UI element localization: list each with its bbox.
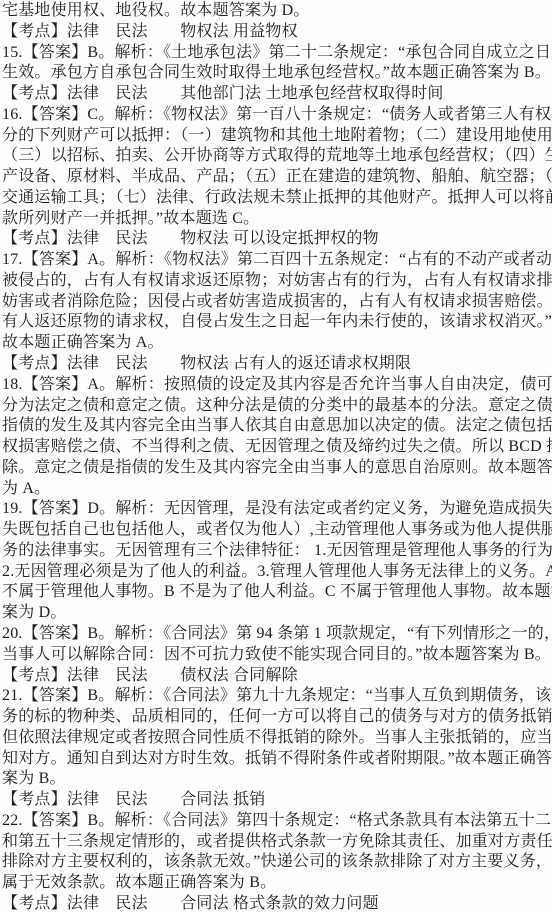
text-line: 22.【答案】B。解析：《合同法》第四十条规定：“格式条款具有本法第五十二条 (2, 811, 552, 832)
text-line: 17.【答案】A。解析：《物权法》第二百四十五条规定：“占有的不动产或者动产 (2, 250, 552, 271)
document-page: 宅基地使用权、地役权。故本题答案为 D。【考点】法律 民法 物权法 用益物权15… (0, 0, 554, 915)
key-point-line: 【考点】法律 民法 物权法 可以设定抵押权的物 (2, 229, 552, 250)
text-line: 16.【答案】C。解析：《物权法》第一百八十条规定：“债务人或者第三人有权处 (2, 105, 552, 126)
text-line: 生效。承包方自承包合同生效时取得土地承包经营权。”故本题正确答案为 B。 (2, 63, 552, 84)
text-line: 【考点】法律 民法 合同法 抵销 (2, 790, 552, 811)
text-line: 交通运输工具；（七）法律、行政法规未禁止抵押的其他财产。抵押人可以将前 (2, 188, 552, 209)
text-line: 被侵占的，占有人有权请求返还原物；对妨害占有的行为，占有人有权请求排除 (2, 271, 552, 292)
key-point-line: 【考点】法律 民法 债权法 合同解除 (2, 666, 552, 687)
text-line: 排除对方主要权利的，该条款无效。”快递公司的该条款排除了对方主要义务， (2, 852, 552, 873)
key-point-line: 【考点】法律 民法 物权法 占有人的返还请求权期限 (2, 354, 552, 375)
answer-explanation-paragraph: 20.【答案】B。解析：《合同法》第 94 条第 1 项款规定，“有下列情形之一… (2, 624, 552, 666)
answer-continuation-paragraph: 宅基地使用权、地役权。故本题答案为 D。 (2, 1, 552, 22)
text-line: 属于无效条款。故本题正确答案为 B。 (2, 873, 552, 894)
text-line: 指债的发生及其内容完全由当事人依其自由意思加以决定的债。法定之债包括侵 (2, 416, 552, 437)
text-line: 【考点】法律 民法 债权法 合同解除 (2, 666, 552, 687)
text-line: 妨害或者消除危险；因侵占或者妨害造成损害的，占有人有权请求损害赔偿。占 (2, 292, 552, 313)
text-line: 15.【答案】B。解析：《土地承包法》第二十二条规定：“承包合同自成立之日起 (2, 43, 552, 64)
text-line: 务的法律事实。无因管理有三个法律特征： 1.无因管理是管理他人事务的行为。 (2, 541, 552, 562)
text-line: 19.【答案】D。解析：无因管理，是没有法定或者约定义务，为避免造成损失（损 (2, 499, 552, 520)
text-line: 分为法定之债和意定之债。这种分法是债的分类中的最基本的分法。意定之债是 (2, 396, 552, 417)
text-line: 务的标的物种类、品质相同的，任何一方可以将自己的债务与对方的债务抵销， (2, 707, 552, 728)
text-line: （三）以招标、拍卖、公开协商等方式取得的荒地等土地承包经营权；（四）生 (2, 146, 552, 167)
text-line: 【考点】法律 民法 合同法 格式条款的效力问题 (2, 894, 552, 915)
text-line: 分的下列财产可以抵押：（一）建筑物和其他土地附着物；（二）建设用地使用权； (2, 126, 552, 147)
text-line: 案为 B。 (2, 769, 552, 790)
answer-explanation-paragraph: 21.【答案】B。解析：《合同法》第九十九条规定：“当事人互负到期债务，该债务的… (2, 686, 552, 790)
text-line: 款所列财产一并抵押。”故本题选 C。 (2, 209, 552, 230)
answer-explanation-paragraph: 22.【答案】B。解析：《合同法》第四十条规定：“格式条款具有本法第五十二条和第… (2, 811, 552, 894)
text-line: 为 A。 (2, 479, 552, 500)
text-line: 知对方。通知自到达对方时生效。抵销不得附条件或者附期限。”故本题正确答 (2, 749, 552, 770)
text-line: 宅基地使用权、地役权。故本题答案为 D。 (2, 1, 552, 22)
text-line: 故本题正确答案为 A。 (2, 333, 552, 354)
text-line: 【考点】法律 民法 物权法 可以设定抵押权的物 (2, 229, 552, 250)
text-line: 18.【答案】A。解析：按照债的设定及其内容是否允许当事人自由决定，债可以 (2, 375, 552, 396)
text-line: 失既包括自己也包括他人，或者仅为他人）,主动管理他人事务或为他人提供服 (2, 520, 552, 541)
answer-explanation-paragraph: 15.【答案】B。解析：《土地承包法》第二十二条规定：“承包合同自成立之日起生效… (2, 43, 552, 85)
text-line: 产设备、原材料、半成品、产品；（五）正在建造的建筑物、船舶、航空器；（六） (2, 167, 552, 188)
text-line: 【考点】法律 民法 其他部门法 土地承包经营权取得时间 (2, 84, 552, 105)
text-line: 但依照法律规定或者按照合同性质不得抵销的除外。当事人主张抵销的，应当通 (2, 728, 552, 749)
answer-explanation-paragraph: 16.【答案】C。解析：《物权法》第一百八十条规定：“债务人或者第三人有权处分的… (2, 105, 552, 230)
text-line: 2.无因管理必须是为了他人的利益。3.管理人管理他人事务无法律上的义务。A (2, 562, 552, 583)
text-line: 除。意定之债是指债的发生及其内容完全由当事人的意思自治原则。故本题答案 (2, 458, 552, 479)
key-point-line: 【考点】法律 民法 其他部门法 土地承包经营权取得时间 (2, 84, 552, 105)
key-point-line: 【考点】法律 民法 合同法 格式条款的效力问题 (2, 894, 552, 915)
text-line: 有人返还原物的请求权，自侵占发生之日起一年内未行使的，该请求权消灭。” (2, 312, 552, 333)
text-line: 当事人可以解除合同：因不可抗力致使不能实现合同目的。”故本题答案为 B。 (2, 645, 552, 666)
text-line: 21.【答案】B。解析：《合同法》第九十九条规定：“当事人互负到期债务，该债 (2, 686, 552, 707)
text-line: 权损害赔偿之债、不当得利之债、无因管理之债及缔约过失之债。所以 BCD 排 (2, 437, 552, 458)
answer-explanation-paragraph: 19.【答案】D。解析：无因管理，是没有法定或者约定义务，为避免造成损失（损失既… (2, 499, 552, 624)
answer-explanation-paragraph: 18.【答案】A。解析：按照债的设定及其内容是否允许当事人自由决定，债可以分为法… (2, 375, 552, 500)
text-line: 20.【答案】B。解析：《合同法》第 94 条第 1 项款规定，“有下列情形之一… (2, 624, 552, 645)
text-line: 【考点】法律 民法 物权法 占有人的返还请求权期限 (2, 354, 552, 375)
text-line: 【考点】法律 民法 物权法 用益物权 (2, 22, 552, 43)
text-line: 和第五十三条规定情形的，或者提供格式条款一方免除其责任、加重对方责任、 (2, 832, 552, 853)
key-point-line: 【考点】法律 民法 物权法 用益物权 (2, 22, 552, 43)
key-point-line: 【考点】法律 民法 合同法 抵销 (2, 790, 552, 811)
text-line: 案为 D。 (2, 603, 552, 624)
answer-explanation-paragraph: 17.【答案】A。解析：《物权法》第二百四十五条规定：“占有的不动产或者动产被侵… (2, 250, 552, 354)
text-line: 不属于管理他人事物。B 不是为了他人利益。C 不属于管理他人事物。故本题答 (2, 582, 552, 603)
